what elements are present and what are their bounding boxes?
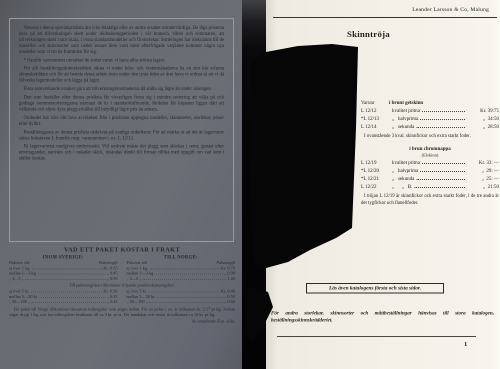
group1-note: I ovanstående 3 kval. skinnfickor och ex… [361,133,499,140]
dotted-leader [156,274,223,275]
freight-row-price: „ 0:45 [107,299,118,304]
product-desc: „ halvprima [392,167,418,175]
group2-heading: i brun chromnappa [361,146,499,153]
freight-row: „ 50—100 „ „ 0:45 [9,299,118,304]
dotted-leader [32,269,102,270]
freight-row-label: „ 50—100 „ [127,299,148,304]
product-desc: „ sekunda [392,175,414,183]
product-row: *L 12/20 „ halvprima „ 29: — [361,167,499,175]
cod-note: Till paketavgiften tillkommer följande p… [9,283,235,288]
freight-row-label: „ 50—100 „ [9,299,30,304]
box-paragraph: För allt beställningsskinnskrädderi räkn… [19,66,224,84]
freight-row-label: „ 3—5 „ [9,276,24,281]
cod-column-norway: ej över 5 kr. Kr. 0:40 mellan 5—50 kr. „… [127,289,236,305]
see-reference-note: Se omstående Exp.-sida. [9,318,235,323]
dotted-leader [31,292,102,293]
product-row: *L 12/13 „ halvprima „ 34:50 [361,115,499,123]
dotted-leader [149,302,223,303]
product-price: „ 29: — [467,167,499,175]
dotted-leader [157,297,223,298]
product-price: „ 21:50 [467,183,499,191]
dotted-leader [422,111,465,112]
box-paragraph: Ombudet har icke rätt lova avvikelser fr… [19,115,224,127]
freight-title: VAD ETT PAKET KOSTAR I FRAKT [9,246,235,254]
product-row: L 12/22 „ „ B. „ 21:50 [361,183,499,191]
dotted-leader [420,119,465,120]
product-price: „ 25: — [467,175,499,183]
dotted-leader [416,179,465,180]
dotted-leader [422,163,465,164]
product-row: L 12/12 kvalitet prima Kr. 39:75 [361,107,499,115]
group1-heading-row: Varunr i brunt getskinn [361,99,499,107]
terms-text-box: Varorna i denna specialprislista äro ick… [9,18,234,242]
group1-heading: i brunt getskinn [389,99,423,107]
box-paragraph: På lagervarorna medgives ombytesrätt. Vi… [19,144,224,162]
box-paragraph: * framför varunumret utmärker de sorter … [19,57,224,63]
product-desc: „ halvprima [392,115,418,123]
region-label: TILL NORGE: [127,255,236,260]
dotted-leader [40,297,106,298]
product-row: L 12/19 kvalitet prima Kr. 33: — [361,159,499,167]
freight-row-price: „ 1:20 [224,276,235,281]
product-row: L 12/14 „ sekunda „ 28:50 [361,123,499,131]
product-price: „ 34:50 [467,115,499,123]
dotted-leader [420,171,465,172]
product-desc: kvalitet prima [392,107,420,115]
group2-note: I tröjan L 12/19 är skinnfickor och extr… [361,193,499,206]
box-paragraph: Beställningarna av denna prislista utskr… [19,129,224,141]
fee-header: Paketavgift [216,261,235,266]
freight-column-sweden: INOM SVERIGE: Paketets vikt Paketavgift … [9,255,118,281]
product-desc: „ „ B. [392,183,412,191]
company-name: Leander Larsson & Co, Malung [412,7,489,13]
cod-column-sweden: ej över 5 kr. Kr. 0:30 mellan 5—50 kr. „… [9,289,118,305]
page-number: 1 [464,340,467,348]
freight-section: VAD ETT PAKET KOSTAR I FRAKT INOM SVERIG… [9,246,235,323]
box-paragraph: Varorna i denna specialprislista äro ick… [19,25,224,55]
box-paragraph: Flera samverkande orsaker göra att tillv… [19,86,224,92]
dotted-leader [416,127,465,128]
product-group2: i brun chromnappa (Elskinn) L 12/19 kval… [361,146,499,206]
dotted-leader [149,292,220,293]
dotted-leader [38,274,105,275]
fee-header: Paketavgift [99,261,118,266]
freight-row-label: „ 3—5 „ [127,276,142,281]
freight-row: „ 50—100 „ „ 0:60 [127,299,236,304]
freight-row-price: „ 0:60 [224,299,235,304]
catalog-spread-scan: Varorna i denna specialprislista äro ick… [0,0,500,369]
freight-row: „ 3—5 „ „ 1:20 [127,276,236,281]
weight-header: Paketets vikt [127,261,148,266]
product-row: *L 12/21 „ sekunda „ 25: — [361,175,499,183]
dotted-leader [149,269,219,270]
product-price: Kr. 39:75 [467,107,499,115]
box-paragraph: Den som beställer efter denna prislista … [19,95,224,113]
freight-row: „ 3—5 „ „ 0:55 [9,276,118,281]
dotted-leader [414,187,465,188]
product-listing: Varunr i brunt getskinn L 12/12 kvalitet… [361,99,499,206]
freight-row-price: „ 0:55 [107,276,118,281]
region-label: INOM SVERIGE: [9,255,118,260]
dotted-leader [32,302,106,303]
product-desc: kvalitet prima [392,159,420,167]
dotted-leader [143,279,223,280]
dotted-leader [25,279,105,280]
freight-column-norway: TILL NORGE: Paketets vikt Paketavgift ej… [127,255,236,281]
product-price: Kr. 33: — [467,159,499,167]
group2-subheading: (Elskinn) [361,153,499,159]
left-page: Varorna i denna specialprislista äro ick… [0,0,252,369]
weight-header: Paketets vikt [9,261,30,266]
blacked-out-image [246,0,368,369]
product-price: „ 28:50 [467,123,499,131]
product-desc: „ sekunda [392,123,414,131]
customs-note: För paket till Norge tillkommer dessutom… [9,307,235,318]
